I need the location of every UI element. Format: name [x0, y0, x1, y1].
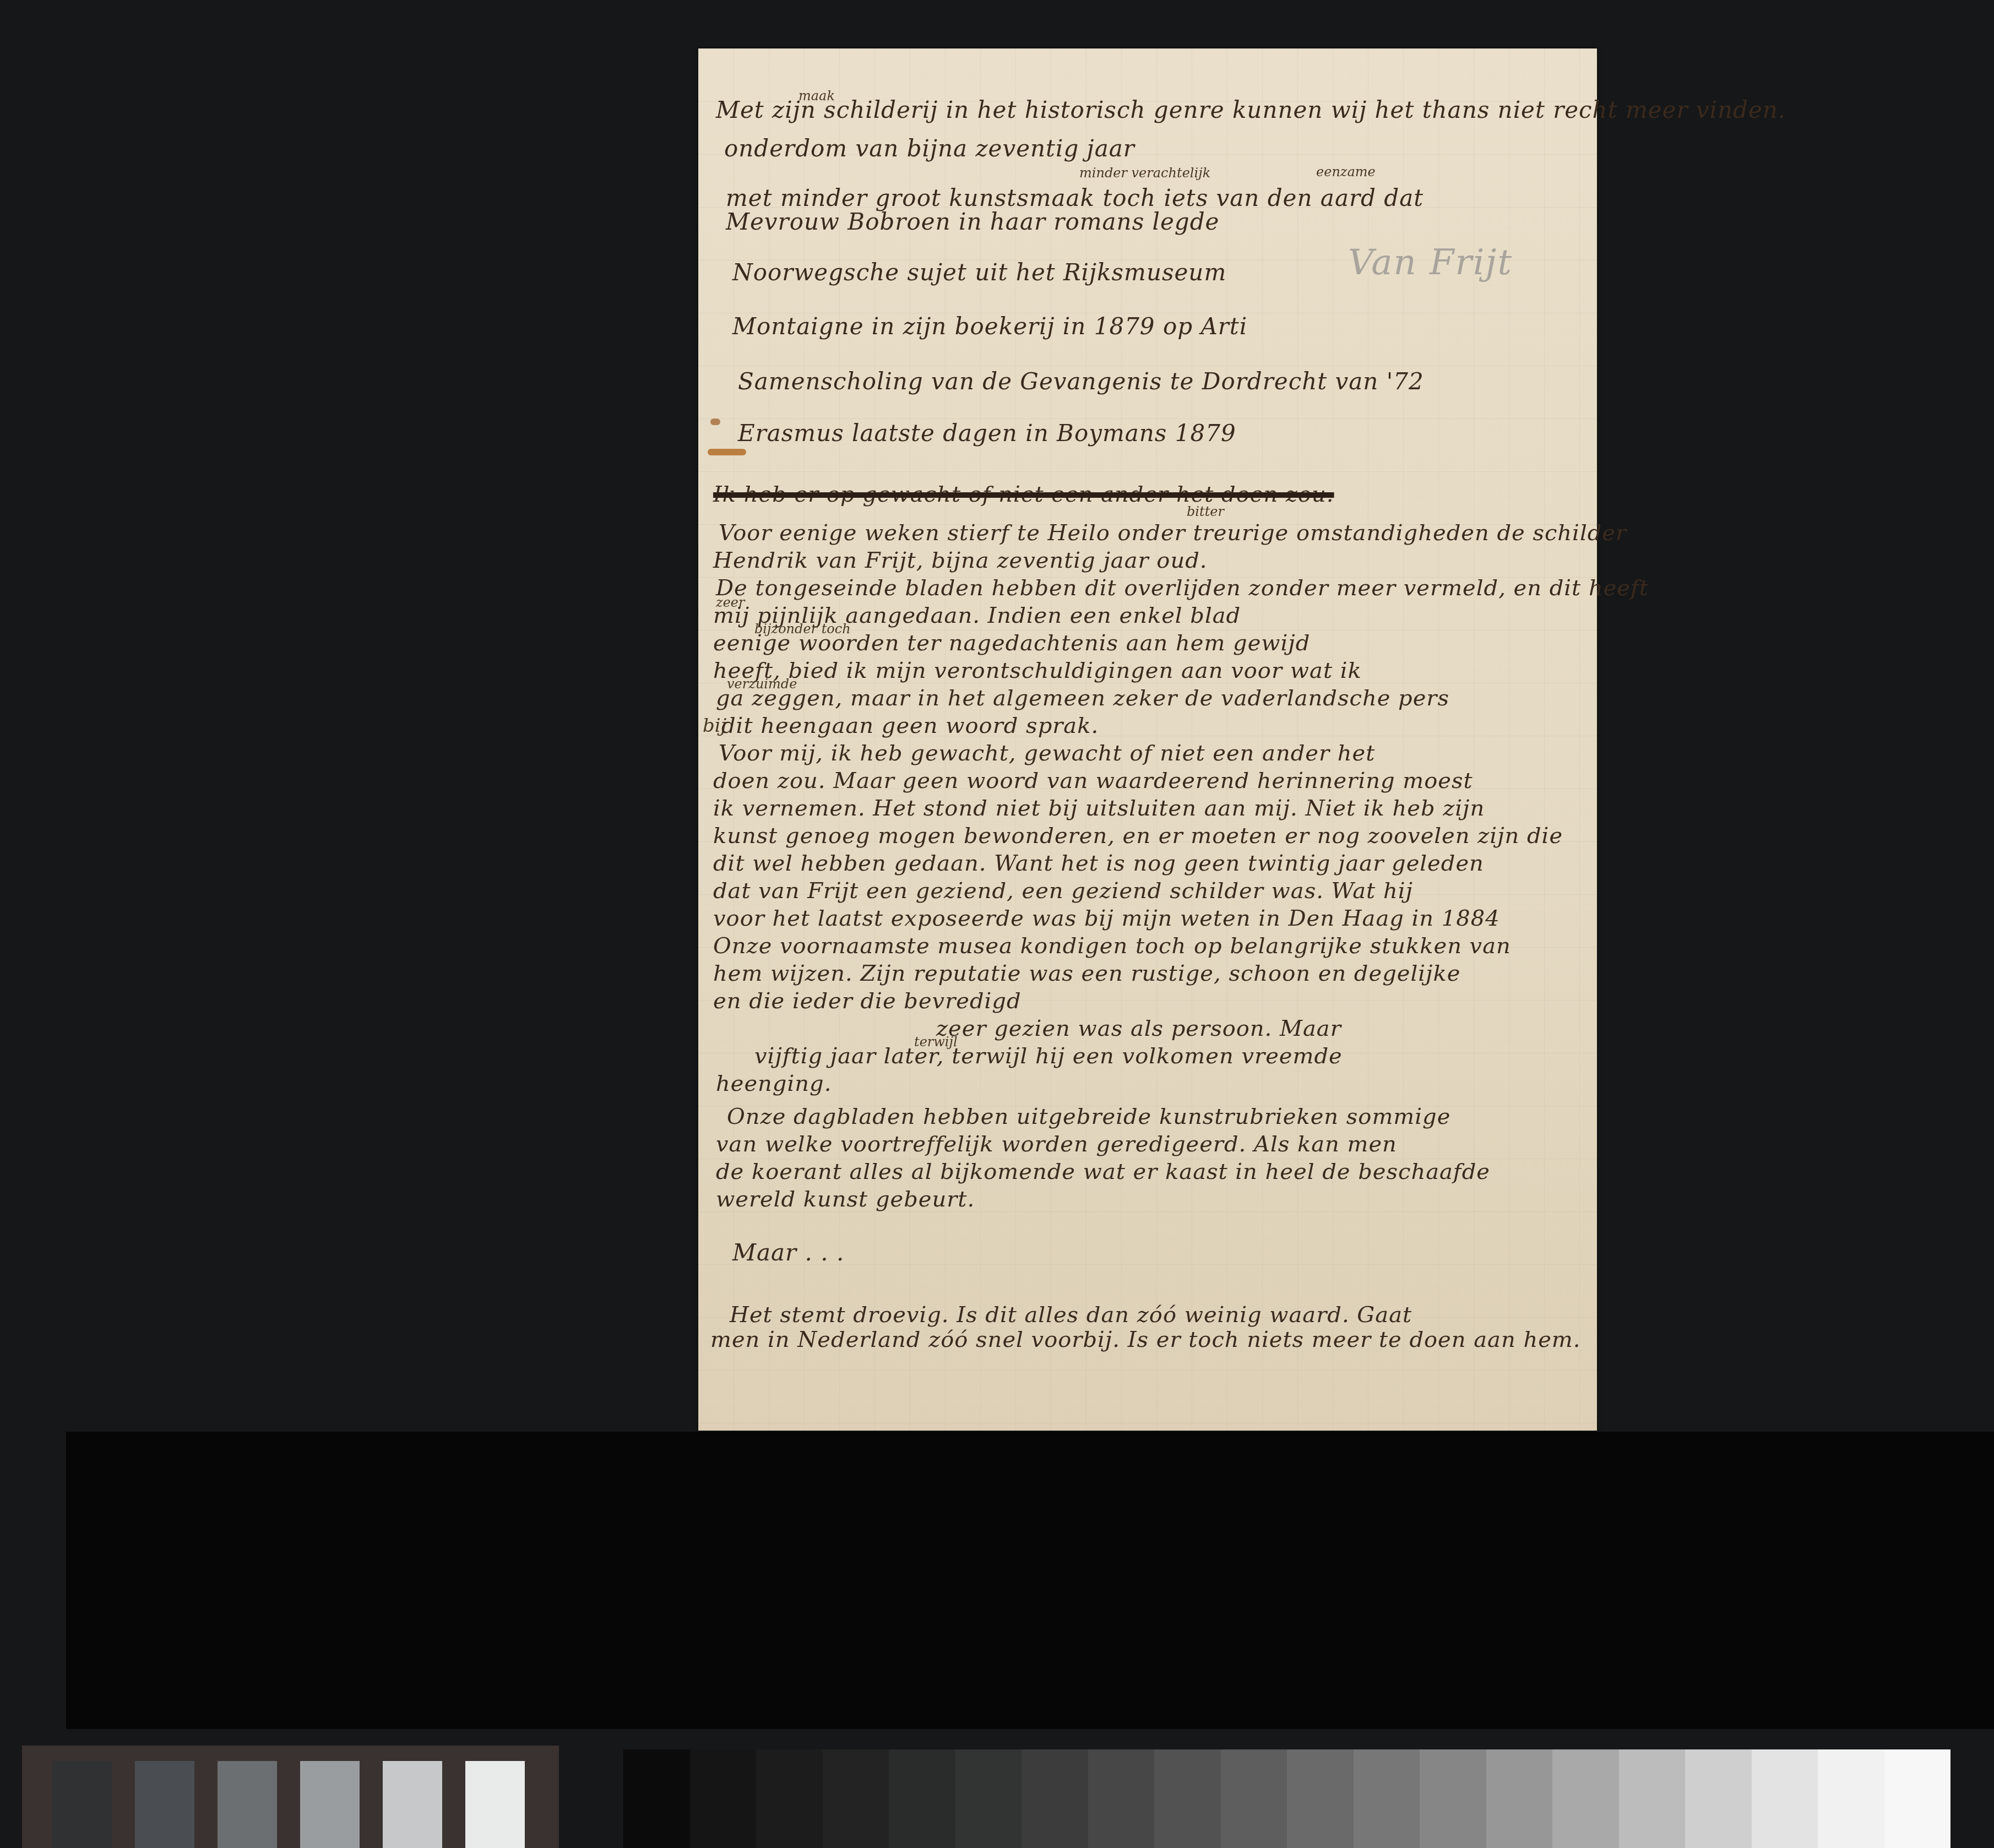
- manuscript-line: Hendrik van Frijt, bijna zeventig jaar o…: [713, 548, 1207, 573]
- struck-line: Ik heb er op gewacht of niet een ander h…: [713, 482, 1334, 507]
- manuscript-line: Samenscholing van de Gevangenis te Dordr…: [738, 368, 1424, 395]
- manuscript-line: De tongeseinde bladen hebben dit overlij…: [716, 575, 1649, 601]
- gray-step: [1884, 1749, 1951, 1848]
- manuscript-line: eenige woorden ter nagedachtenis aan hem…: [713, 631, 1310, 656]
- gray-step: [1619, 1749, 1686, 1848]
- gray-step: [823, 1749, 889, 1848]
- manuscript-line: met minder groot kunstsmaak toch iets va…: [726, 184, 1423, 211]
- gray-step: [1221, 1749, 1287, 1848]
- manuscript-line: heenging.: [716, 1071, 832, 1096]
- manuscript-line: Montaigne in zijn boekerij in 1879 op Ar…: [732, 313, 1247, 340]
- gray-step: [1088, 1749, 1155, 1848]
- manuscript-line: en die ieder die bevredigd: [713, 988, 1022, 1014]
- manuscript-line: heeft, bied ik mijn verontschuldigingen …: [713, 658, 1362, 683]
- manuscript-line: dit heengaan geen woord sprak.: [721, 713, 1099, 738]
- black-backing-board: [66, 1432, 1994, 1729]
- manuscript-line: Onze voornaamste musea kondigen toch op …: [713, 933, 1511, 959]
- gray-step: [1685, 1749, 1752, 1848]
- manuscript-line: dat van Frijt een geziend, een geziend s…: [713, 878, 1413, 904]
- manuscript-line: kunst genoeg mogen bewonderen, en er moe…: [713, 823, 1563, 849]
- manuscript-line: Met zijn schilderij in het historisch ge…: [716, 96, 1786, 123]
- manuscript-line: dit wel hebben gedaan. Want het is nog g…: [713, 851, 1484, 876]
- manuscript-line: Voor eenige weken stierf te Heilo onder …: [719, 520, 1627, 546]
- manuscript-line: zeer gezien was als persoon. Maar: [936, 1016, 1341, 1041]
- manuscript-line: hem wijzen. Zijn reputatie was een rusti…: [713, 961, 1460, 986]
- manuscript-line: wereld kunst gebeurt.: [716, 1187, 975, 1212]
- gray-step: [623, 1749, 690, 1848]
- manuscript-line: Het stemt droevig. Is dit alles dan zóó …: [730, 1302, 1412, 1328]
- manuscript-line: Noorwegsche sujet uit het Rijksmuseum: [732, 259, 1226, 286]
- gray-step: [889, 1749, 955, 1848]
- manuscript-line: ga zeggen, maar in het algemeen zeker de…: [716, 686, 1449, 711]
- line-insert: minder verachtelijk: [1079, 165, 1210, 181]
- color-calibration-target: [22, 1746, 559, 1848]
- manuscript-line: Voor mij, ik heb gewacht, gewacht of nie…: [719, 741, 1375, 766]
- manuscript-line: Erasmus laatste dagen in Boymans 1879: [738, 420, 1236, 447]
- manuscript-line: de koerant alles al bijkomende wat er ka…: [716, 1159, 1490, 1184]
- manuscript-line: Onze dagbladen hebben uitgebreide kunstr…: [727, 1104, 1450, 1129]
- gray-patch: [465, 1761, 525, 1848]
- gray-step: [756, 1749, 823, 1848]
- gray-step: [1420, 1749, 1486, 1848]
- gray-patch: [383, 1761, 442, 1848]
- manuscript-line: men in Nederland zóó snel voorbij. Is er…: [710, 1327, 1580, 1352]
- manuscript-line: van welke voortreffelijk worden geredige…: [716, 1132, 1397, 1157]
- line-insert: eenzame: [1316, 164, 1376, 180]
- gray-step: [1486, 1749, 1553, 1848]
- line-insert: bitter: [1187, 504, 1224, 519]
- pencil-annotation: Van Frijt: [1348, 242, 1513, 283]
- manuscript-line: Maar . . .: [732, 1239, 844, 1266]
- gray-step: [1287, 1749, 1354, 1848]
- manuscript-line: voor het laatst exposeerde was bij mijn …: [713, 906, 1500, 931]
- manuscript-line: onderdom van bijna zeventig jaar: [724, 135, 1135, 162]
- manuscript-line: vijftig jaar later, terwijl hij een volk…: [754, 1043, 1343, 1069]
- gray-patch: [300, 1761, 360, 1848]
- ink-stain: [710, 418, 720, 425]
- gray-step: [690, 1749, 757, 1848]
- gray-step: [955, 1749, 1022, 1848]
- manuscript-line: doen zou. Maar geen woord van waardeeren…: [713, 768, 1473, 793]
- gray-step: [1022, 1749, 1088, 1848]
- gray-step: [1154, 1749, 1221, 1848]
- gray-step: [1752, 1749, 1818, 1848]
- grayscale-step-wedge: [623, 1749, 1950, 1848]
- manuscript-line: ik vernemen. Het stond niet bij uitsluit…: [713, 796, 1485, 821]
- gray-patch: [135, 1761, 194, 1848]
- manuscript-line: Mevrouw Bobroen in haar romans legde: [726, 208, 1219, 235]
- gray-step: [1818, 1749, 1884, 1848]
- gray-patch: [218, 1761, 277, 1848]
- gray-step: [1354, 1749, 1420, 1848]
- gray-step: [1552, 1749, 1619, 1848]
- gray-patch: [52, 1761, 112, 1848]
- ink-stain: [708, 449, 746, 455]
